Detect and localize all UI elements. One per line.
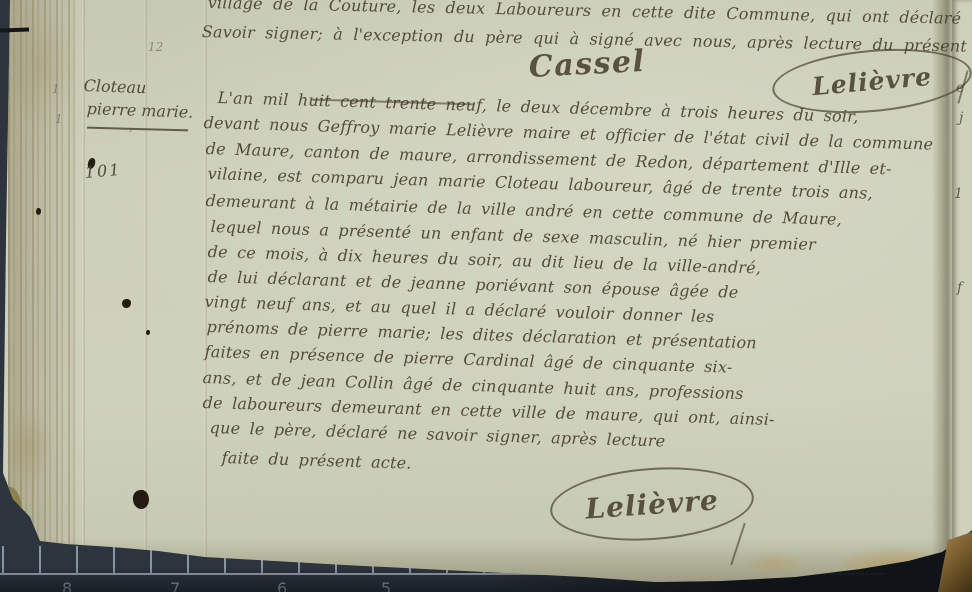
paper-sheet: village de la Couture, les deux Laboureu… [0, 0, 972, 592]
act-number: 101 [84, 160, 122, 182]
scanned-register-page: 8 7 6 5 village de la Couture, les deux … [0, 0, 972, 592]
margin-name-line2: pierre marie. [86, 99, 193, 122]
signature-lelievre-top: Lelièvre [811, 61, 933, 100]
margin-underline [87, 127, 188, 132]
margin-mark: 12 [148, 40, 163, 54]
handwritten-content: village de la Couture, les deux Laboureu… [0, 0, 972, 592]
next-page-fragment: j [959, 110, 963, 126]
margin-mark: 1 [55, 112, 63, 126]
signature-flourish-tail [730, 523, 745, 565]
margin-mark: , [129, 120, 133, 134]
next-page-fragment: e [956, 80, 964, 96]
act-line: faite du présent acte. [221, 448, 411, 473]
signature-cassel: Cassel [528, 44, 646, 85]
margin-name-line1: Cloteau [83, 76, 146, 97]
margin-mark: 1 [52, 82, 60, 96]
next-page-fragment: 1 [954, 186, 963, 202]
signature-lelievre-bottom: Lelièvre [584, 483, 719, 525]
signature-flourish-oval: Lelièvre [548, 461, 757, 547]
next-page-fragment: f [957, 280, 962, 296]
